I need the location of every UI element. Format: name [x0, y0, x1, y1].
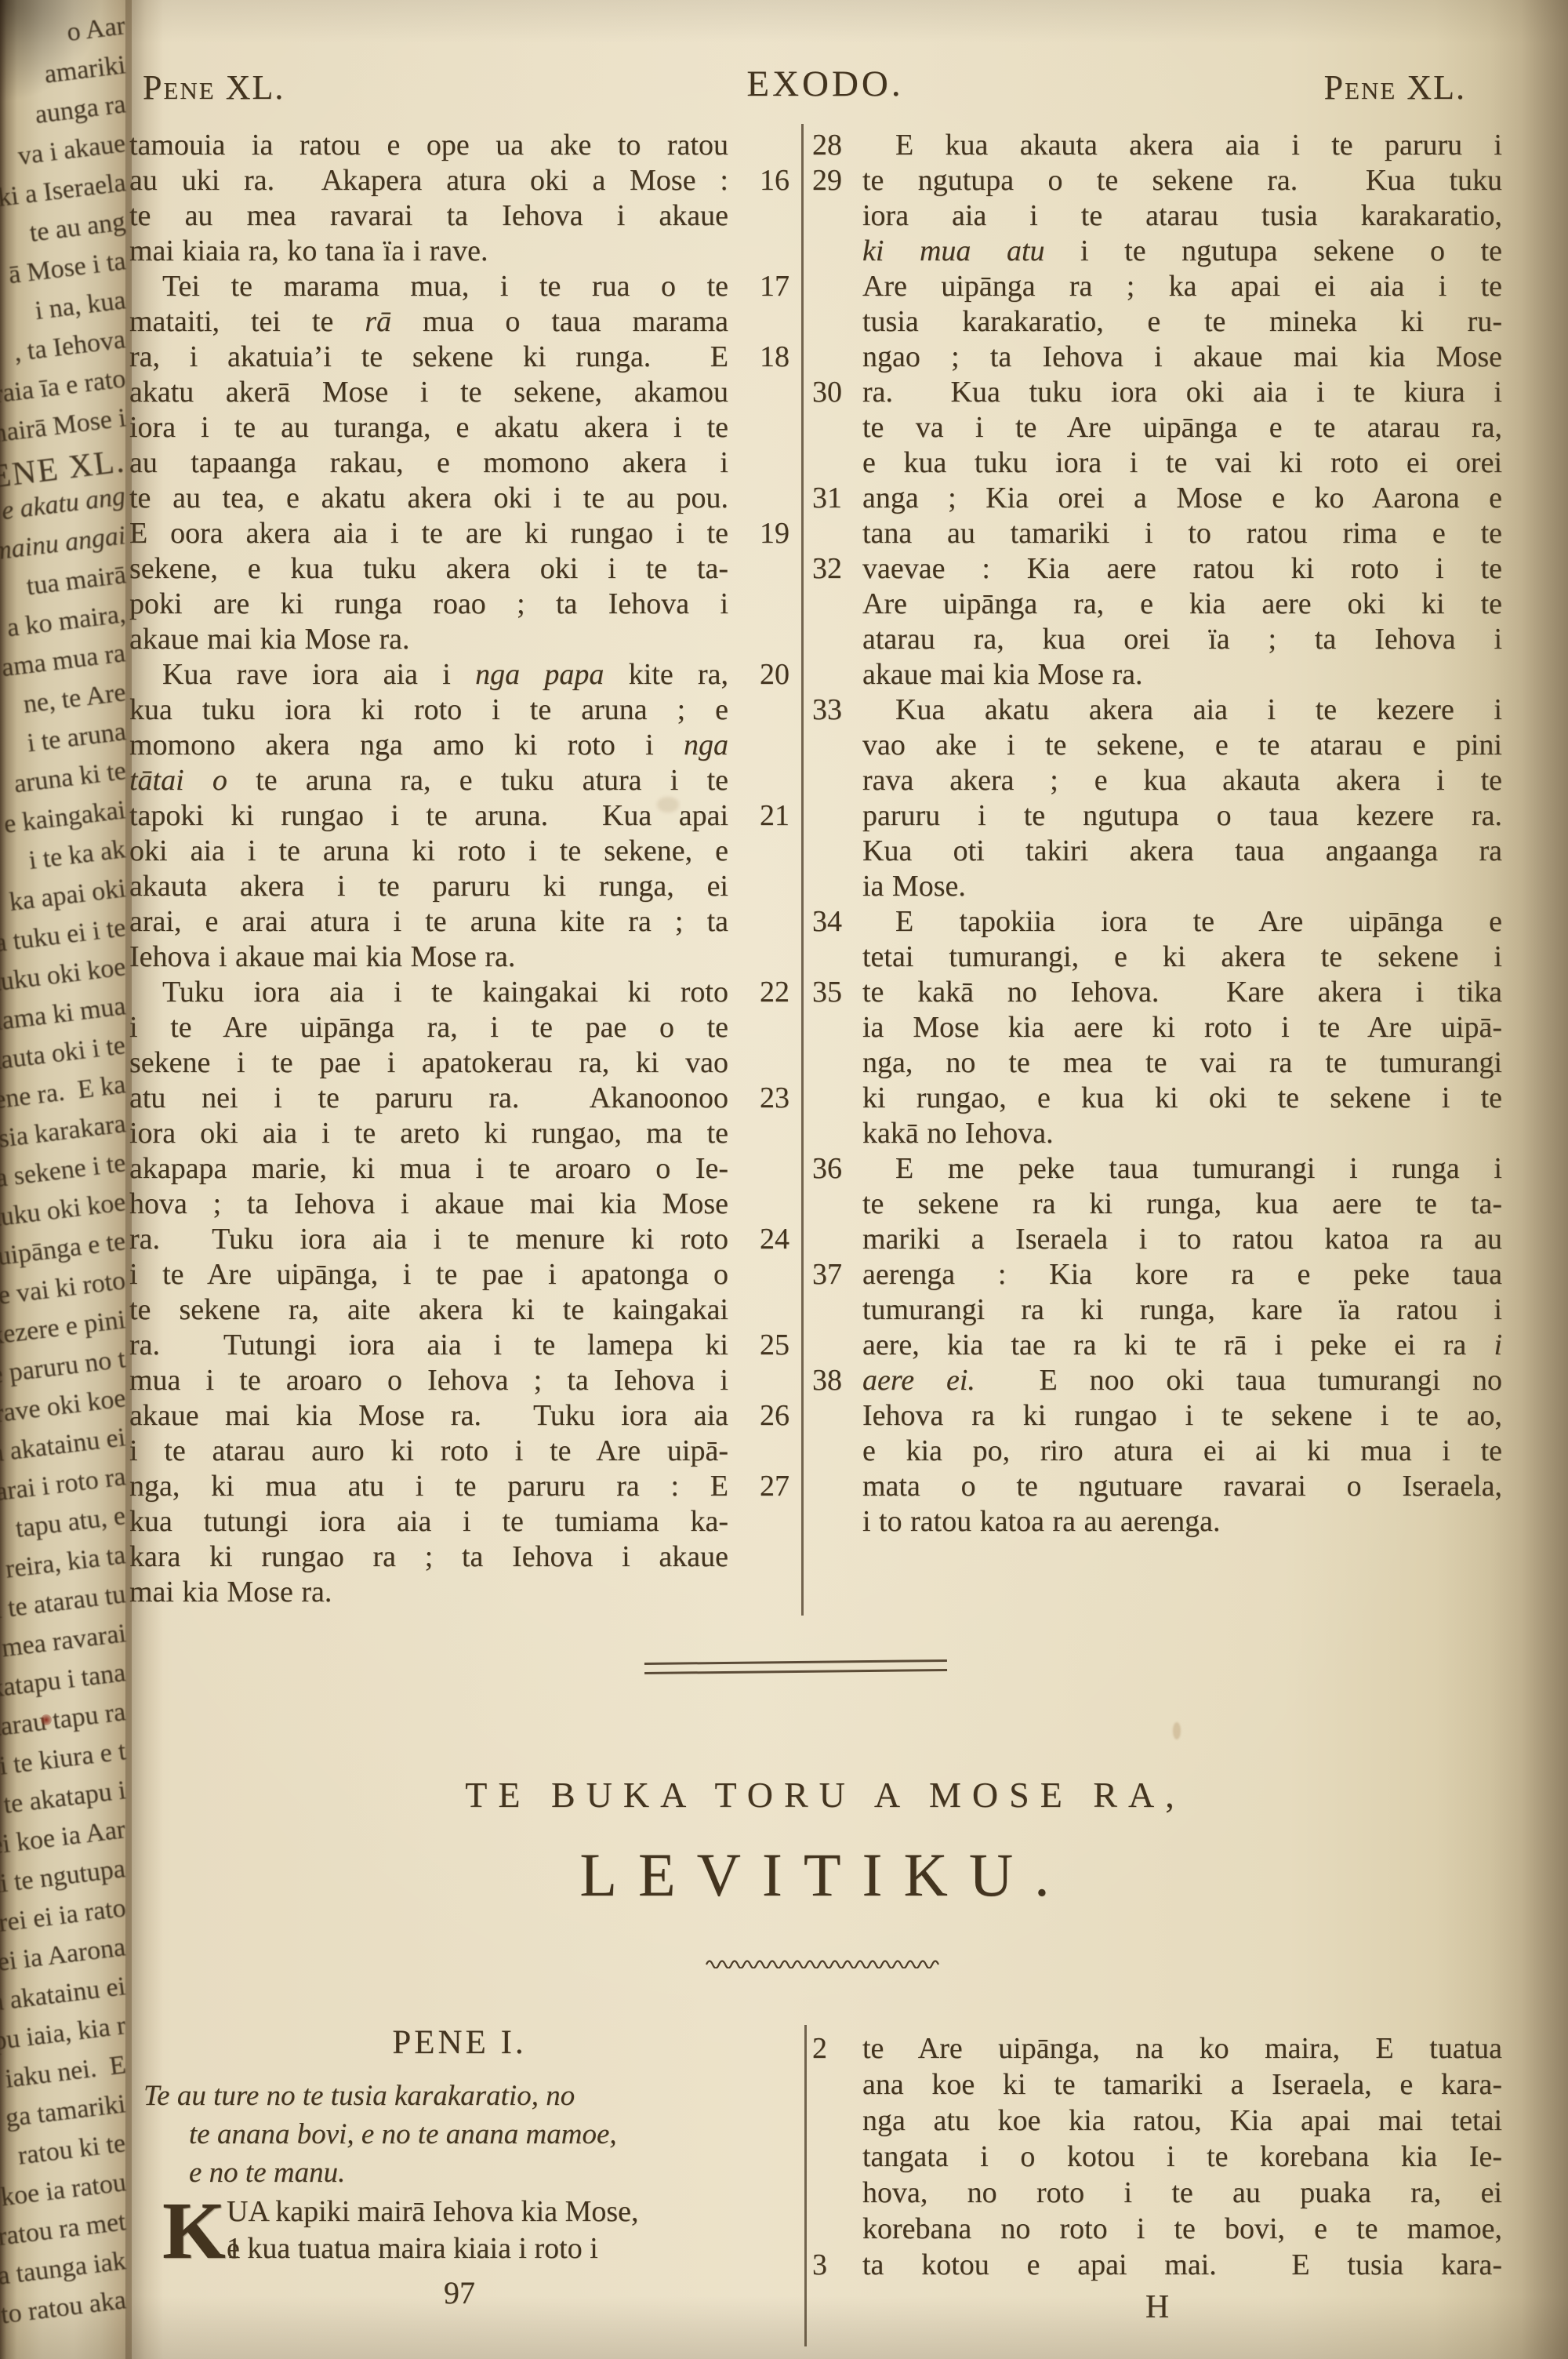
gutter-fragment: ga tamariki	[4, 2089, 127, 2133]
verse-line: ra, i akatuia’i te sekene ki runga. E18	[129, 340, 789, 375]
verse-text: kara ki rungao ra ; ta Iehova i akaue	[129, 1539, 728, 1575]
verse-text: te sekene ra, aite akera ki te kaingakai	[129, 1292, 728, 1328]
gutter-fragment: rave oki koe	[0, 1383, 127, 1429]
verse-text: iora oki aia i te areto ki rungao, ma te	[129, 1116, 728, 1151]
verse-text: tetai tumurangi, e ki akera te sekene i	[862, 940, 1502, 975]
drop-cap: K	[162, 2196, 226, 2266]
verse-text: ia Mose.	[862, 869, 1502, 904]
verse-text: e kua tuku iora i te vai ki roto ei orei	[862, 445, 1502, 481]
gutter-fragment: orei ei ia rato	[0, 1893, 127, 1940]
gutter-fragment: ne, te Are	[21, 678, 127, 720]
verse-text: Kua akatu akera aia i te kezere i	[862, 692, 1502, 728]
gutter-fragment: reira, kia ta	[4, 1540, 127, 1584]
verse-text: hova ; ta Iehova i akaue mai kia Mose	[129, 1187, 728, 1222]
verse-text: korebana no roto i te bovi, e te mamoe,	[862, 2212, 1502, 2248]
gutter-fragment: e kaingakai	[2, 795, 127, 840]
verse-line: kara ki rungao ra ; ta Iehova i akaue	[129, 1539, 789, 1575]
verse-line: Tuku iora aia i te kaingakai ki roto22	[129, 975, 789, 1010]
verse-text: akapapa marie, ki mua i te aroaro o Ie-	[129, 1151, 728, 1187]
gutter-fragment: mainu angai	[0, 521, 127, 567]
verse-text: ia Mose kia aere ki roto i te Are uipā-	[862, 1010, 1502, 1045]
verse-text: mariki a Iseraela i to ratou katoa ra au	[862, 1222, 1502, 1257]
verse-text: te au mea ravarai ta Iehova i akaue	[129, 198, 728, 234]
verse-line: mariki a Iseraela i to ratou katoa ra au	[812, 1222, 1502, 1257]
verse-text: e kua tuatua maira kiaia i roto i	[227, 2231, 728, 2268]
verse-line: sekene, e kua tuku akera oki i te ta-	[129, 551, 789, 587]
verse-text: vaevae : Kia aere ratou ki roto i te	[862, 551, 1502, 587]
verse-line: ta kotou e apai mai. E tusia kara-3	[812, 2248, 1502, 2284]
verse-line: ra. Tutungi iora aia i te lamepa ki25	[129, 1328, 789, 1363]
verse-line: te Are uipānga, na ko maira, E tuatua2	[812, 2031, 1502, 2067]
verse-text: anga ; Kia orei a Mose e ko Aarona e	[862, 481, 1502, 516]
verse-line: tumurangi ra ki runga, kare ïa ratou i	[812, 1292, 1502, 1328]
verse-text: atu nei i te paruru ra. Akanoonoo	[129, 1081, 728, 1116]
verse-number: 23	[731, 1081, 789, 1115]
gutter-fragment: niama ki mua	[0, 991, 127, 1038]
verse-line: i te atarau auro ki roto i te Are uipā-	[129, 1434, 789, 1469]
gutter-fragment: ka apai oki	[8, 874, 128, 918]
verse-line: akatu akerā Mose i te sekene, akamou	[129, 375, 789, 410]
verse-line: paruru i te ngutupa o taua kezere ra.	[812, 798, 1502, 834]
verse-line: iora oki aia i te areto ki rungao, ma te	[129, 1116, 789, 1151]
gutter-fragment: usia karakara	[0, 1109, 127, 1156]
verse-number: 35	[812, 975, 858, 1009]
verse-line: E kua akauta akera aia i te paruru i28	[812, 128, 1502, 163]
verse-line: poki are ki runga roao ; ta Iehova i	[129, 587, 789, 622]
verse-number: 19	[731, 516, 789, 551]
verse-text: nga, ki mua atu i te paruru ra : E	[129, 1469, 728, 1504]
gutter-fragment: raia īa e rato	[0, 364, 127, 409]
verse-line: E oora akera aia i te are ki rungao i te…	[129, 516, 789, 551]
gutter-fragment: kene ra. E ka	[0, 1070, 127, 1117]
verse-number: 22	[731, 975, 789, 1009]
verse-text: ra. Tutungi iora aia i te lamepa ki	[129, 1328, 728, 1363]
verse-line: ia Mose kia aere ki roto i te Are uipā-	[812, 1010, 1502, 1045]
column-divider-rule-bottom	[804, 2025, 807, 2346]
gutter-fragment: i te ka ak	[27, 834, 127, 876]
verse-text: Iehova ra ki rungao i te sekene i te ao,	[862, 1398, 1502, 1434]
gutter-fragment: e paruru no t	[0, 1344, 127, 1390]
exodus-left-column: tamouia ia ratou e ope ua ake to ratouau…	[129, 128, 789, 1610]
gutter-fragment: i te kiura e t	[0, 1736, 127, 1782]
verse-text: te Are uipānga, na ko maira, E tuatua	[862, 2031, 1502, 2067]
verse-text: Iehova i akaue mai kia Mose ra.	[129, 940, 728, 975]
verse-line: mua i te aroaro o Iehova ; ta Iehova i	[129, 1363, 789, 1398]
gutter-fragment: i na, kua	[33, 285, 127, 326]
gutter-fragment: ki te ngutupa	[0, 1854, 127, 1900]
gutter-fragment: aunga ra	[33, 89, 127, 130]
verse-line: i te Are uipānga ra, i te pae o te	[129, 1010, 789, 1045]
verse-number: 16	[731, 163, 789, 198]
verse-text: paruru i te ngutupa o taua kezere ra.	[862, 798, 1502, 834]
verse-line: tapoki ki rungao i te aruna. Kua apai21	[129, 798, 789, 834]
verse-line: kua tuku iora ki roto i te aruna ; e	[129, 692, 789, 728]
verse-line: vaevae : Kia aere ratou ki roto i te32	[812, 551, 1502, 587]
verse-text: kakā no Iehova.	[862, 1116, 1502, 1151]
verse-text: akauta akera i te paruru ki runga, ei	[129, 869, 728, 904]
verse-number: 2	[812, 2031, 858, 2066]
verse-text: mua i te aroaro o Iehova ; ta Iehova i	[129, 1363, 728, 1398]
verse-text: ki rungao, e kua ki oki te sekene i te	[862, 1081, 1502, 1116]
verse-text: ngao ; ta Iehova i akaue mai kia Mose	[862, 340, 1502, 375]
gutter-fragment: tua mairā	[24, 560, 127, 602]
leviticus-right-column: te Are uipānga, na ko maira, E tuatua2an…	[812, 2031, 1502, 2284]
gutter-fragment: ratou ra met	[0, 2207, 127, 2252]
verse-text: te va i te Are uipānga e te atarau ra,	[862, 410, 1502, 445]
verse-one-lines: UA kapiki mairā Iehova kia Mose,1e kua t…	[129, 2194, 789, 2268]
gutter-fragment: , ta Iehova	[13, 325, 127, 368]
verse-text: ta kotou e apai mai. E tusia kara-	[862, 2248, 1502, 2284]
verse-text: au tapaanga rakau, e momono akera i	[129, 445, 728, 481]
running-header-right: Pene XL.	[1324, 67, 1466, 107]
gutter-fragment: amariki	[43, 50, 128, 89]
verse-text: Are uipānga ra, e kia aere oki ki te	[862, 587, 1502, 622]
verse-text: tumurangi ra ki runga, kare ïa ratou i	[862, 1292, 1502, 1328]
verse-text: rava akera ; e kua akauta akera i te	[862, 763, 1502, 798]
verse-line: au tapaanga rakau, e momono akera i	[129, 445, 789, 481]
verse-line: Are uipānga ra, e kia aere oki ki te	[812, 587, 1502, 622]
verse-line: tana au tamariki i to ratou rima e te	[812, 516, 1502, 551]
gutter-page-edge: o Aaramarikiaunga rava i akaueki a Isera…	[0, 0, 132, 2359]
verse-line: aere, kia tae ra ki te rā i peke ei ra i	[812, 1328, 1502, 1363]
gutter-fragment: o Aar	[66, 11, 128, 48]
verse-line: momono akera nga amo ki roto i nga	[129, 728, 789, 763]
verse-text: nga, no te mea te vai ra te tumurangi	[862, 1045, 1502, 1081]
verse-line: e kua tuatua maira kiaia i roto i	[129, 2231, 789, 2268]
verse-line: sekene i te pae i apatokerau ra, ki vao	[129, 1045, 789, 1081]
verse-line: Tei te marama mua, i te rua o te17	[129, 269, 789, 304]
verse-text: Tuku iora aia i te kaingakai ki roto	[129, 975, 728, 1010]
verse-number: 26	[731, 1398, 789, 1433]
verse-line: E tapokiia iora te Are uipānga e34	[812, 904, 1502, 940]
chapter-summary-line: e no te manu.	[143, 2154, 771, 2192]
verse-line: arai, e arai atura i te aruna kite ra ; …	[129, 904, 789, 940]
signature-mark: H	[812, 2288, 1502, 2326]
verse-number: 20	[731, 657, 789, 692]
verse-text: ra. Kua tuku iora oki aia i te kiura i	[862, 375, 1502, 410]
gutter-fragment: kezere e pini	[0, 1305, 127, 1351]
verse-text: vao ake i te sekene, e te atarau e pini	[862, 728, 1502, 763]
verse-text: te ngutupa o te sekene ra. Kua tuku	[862, 163, 1502, 198]
verse-line: i te Are uipānga, i te pae i apatonga o	[129, 1257, 789, 1292]
verse-line: i to ratou katoa ra au aerenga.	[812, 1504, 1502, 1539]
verse-number: 17	[731, 269, 789, 304]
gutter-fragment: ama mua ra	[0, 638, 127, 683]
verse-text: ana koe ki te tamariki a Iseraela, e kar…	[862, 2067, 1502, 2103]
gutter-fragment: tuku oki koe	[0, 952, 127, 998]
gutter-fragment: a ko maira,	[5, 599, 127, 643]
verse-line: nga, no te mea te vai ra te tumurangi	[812, 1045, 1502, 1081]
verse-line: tetai tumurangi, e ki akera te sekene i	[812, 940, 1502, 975]
page-header-title: EXODO.	[129, 63, 1521, 105]
gutter-fragment: tapu atu, e	[14, 1501, 127, 1544]
verse-text: Kua rave iora aia i nga papa kite ra,	[129, 657, 728, 692]
gutter-fragment: ratou ki te	[16, 2128, 127, 2172]
verse-line: ngao ; ta Iehova i akaue mai kia Mose	[812, 340, 1502, 375]
verse-number: 31	[812, 481, 858, 515]
verse-line: Kua rave iora aia i nga papa kite ra,20	[129, 657, 789, 692]
verse-text: akaue mai kia Mose ra.	[129, 622, 728, 657]
verse-number: 38	[812, 1363, 858, 1398]
gutter-fragment: mea ravarai	[0, 1619, 127, 1663]
verse-line: akaue mai kia Mose ra.	[129, 622, 789, 657]
verse-line: Iehova i akaue mai kia Mose ra.	[129, 940, 789, 975]
verse-text: aerenga : Kia kore ra e peke taua	[862, 1257, 1502, 1292]
verse-line: tātai o te aruna ra, e tuku atura i te	[129, 763, 789, 798]
verse-text: te sekene ra ki runga, kua aere te ta-	[862, 1187, 1502, 1222]
verse-line: te kakā no Iehova. Kare akera i tika35	[812, 975, 1502, 1010]
verse-text: kua tutungi iora aia i te tumiama ka-	[129, 1504, 728, 1539]
verse-line: te ngutupa o te sekene ra. Kua tuku29	[812, 163, 1502, 198]
verse-line: rava akera ; e kua akauta akera i te	[812, 763, 1502, 798]
verse-line: UA kapiki mairā Iehova kia Mose,1	[129, 2194, 789, 2231]
ink-stain	[41, 1714, 52, 1725]
verse-line: Kua akatu akera aia i te kezere i33	[812, 692, 1502, 728]
page-number: 97	[129, 2274, 789, 2311]
verse-line: ra. Kua tuku iora oki aia i te kiura i30	[812, 375, 1502, 410]
gutter-fragment: tarau tapu ra	[0, 1697, 127, 1743]
verse-number: 37	[812, 1257, 858, 1292]
verse-line: te va i te Are uipānga e te atarau ra,	[812, 410, 1502, 445]
foxing-spot	[1173, 1722, 1181, 1739]
gutter-fragment: varai i roto ra	[0, 1462, 127, 1509]
verse-line: hova, no roto i te au puaka ra, ei	[812, 2175, 1502, 2212]
gutter-fragment: aruna ki te	[12, 756, 127, 799]
verse-text: mataiti, tei te rā mua o taua marama	[129, 304, 728, 340]
verse-text: E me peke taua tumurangi i runga i	[862, 1151, 1502, 1187]
verse-line: kakā no Iehova.	[812, 1116, 1502, 1151]
verse-line: ana koe ki te tamariki a Iseraela, e kar…	[812, 2067, 1502, 2103]
verse-line: atarau ra, kua orei ïa ; ta Iehova i	[812, 622, 1502, 657]
verse-number: 28	[812, 128, 858, 162]
verse-text: tangata i o kotou i te korebana kia Ie-	[862, 2139, 1502, 2175]
verse-number: 27	[731, 1469, 789, 1503]
verse-line: nga, ki mua atu i te paruru ra : E27	[129, 1469, 789, 1504]
verse-text: aere, kia tae ra ki te rā i peke ei ra i	[862, 1328, 1502, 1363]
gutter-fragment: to ratou aka	[0, 2285, 127, 2330]
verse-text: aere ei. E noo oki taua tumurangi no	[862, 1363, 1502, 1398]
verse-line: iora i te au turanga, e akatu akera i te	[129, 410, 789, 445]
gutter-fragment: ki a Iseraela	[0, 168, 127, 213]
verse-line: te au tea, e akatu akera oki i te au pou…	[129, 481, 789, 516]
verse-line: hova ; ta Iehova i akaue mai kia Mose	[129, 1187, 789, 1222]
verse-text: i te Are uipānga, i te pae i apatonga o	[129, 1257, 728, 1292]
verse-text: iora i te au turanga, e akatu akera i te	[129, 410, 728, 445]
verse-line: mata o te ngutuare ravarai o Iseraela,	[812, 1469, 1502, 1504]
verse-text: E oora akera aia i te are ki rungao i te	[129, 516, 728, 551]
verse-line: tangata i o kotou i te korebana kia Ie-	[812, 2139, 1502, 2175]
verse-number: 33	[812, 692, 858, 727]
verse-line: iora aia i te atarau tusia karakaratio,	[812, 198, 1502, 234]
verse-line: tamouia ia ratou e ope ua ake to ratou	[129, 128, 789, 163]
verse-text: E tapokiia iora te Are uipānga e	[862, 904, 1502, 940]
verse-text: mata o te ngutuare ravarai o Iseraela,	[862, 1469, 1502, 1504]
verse-number: 34	[812, 904, 858, 939]
verse-line: oki aia i te aruna ki roto i te sekene, …	[129, 834, 789, 869]
gutter-fragment: te vai ki roto	[0, 1266, 127, 1312]
verse-line: Kua oti takiri akera taua angaanga ra	[812, 834, 1502, 869]
verse-line: akapapa marie, ki mua i te aroaro o Ie-	[129, 1151, 789, 1187]
verse-number: 18	[731, 340, 789, 374]
verse-line: aerenga : Kia kore ra e peke taua37	[812, 1257, 1502, 1292]
verse-text: sekene, e kua tuku akera oki i te ta-	[129, 551, 728, 587]
leviticus-left-column: K UA kapiki mairā Iehova kia Mose,1e kua…	[129, 2194, 789, 2268]
verse-text: Are uipānga ra ; ka apai ei aia i te	[862, 269, 1502, 304]
verse-text: Kua oti takiri akera taua angaanga ra	[862, 834, 1502, 869]
verse-line: ki mua atu i te ngutupa sekene o te	[812, 234, 1502, 269]
gutter-fragment: koe ia ratou	[0, 2168, 127, 2212]
verse-line: aere ei. E noo oki taua tumurangi no38	[812, 1363, 1502, 1398]
verse-line: mai kiaia ra, ko tana ïa i rave.	[129, 234, 789, 269]
gutter-fragment: ei koe ia Aar	[0, 1815, 127, 1861]
verse-text: te kakā no Iehova. Kare akera i tika	[862, 975, 1502, 1010]
verse-line: au uki ra. Akapera atura oki a Mose :16	[129, 163, 789, 198]
chapter-summary-line: Te au ture no te tusia karakaratio, no	[143, 2077, 771, 2115]
verse-text: e kia po, riro atura ei ai ki mua i te	[862, 1434, 1502, 1469]
verse-text: Tei te marama mua, i te rua o te	[129, 269, 728, 304]
gutter-fragment: ka tuku ei i te	[0, 913, 127, 960]
verse-number: 3	[812, 2248, 858, 2282]
verse-line: korebana no roto i te bovi, e te mamoe,	[812, 2212, 1502, 2248]
verse-text: iora aia i te atarau tusia karakaratio,	[862, 198, 1502, 234]
column-divider-rule-top	[801, 124, 804, 1616]
verse-text: ra, i akatuia’i te sekene ki runga. E	[129, 340, 728, 375]
gutter-fragment: ā Mose i ta	[7, 246, 128, 290]
verse-line: akaue mai kia Mose ra.	[812, 657, 1502, 692]
verse-line: akauta akera i te paruru ki runga, ei	[129, 869, 789, 904]
verse-text: te au tea, e akatu akera oki i te au pou…	[129, 481, 728, 516]
gutter-fragment: kauta oki i te	[0, 1030, 127, 1077]
verse-line: ia Mose.	[812, 869, 1502, 904]
gutter-fragment: te au ang	[28, 207, 127, 249]
verse-text: i to ratou katoa ra au aerenga.	[862, 1504, 1502, 1539]
verse-line: e kua tuku iora i te vai ki roto ei orei	[812, 445, 1502, 481]
verse-text: i te Are uipānga ra, i te pae o te	[129, 1010, 728, 1045]
verse-line: te sekene ra ki runga, kua aere te ta-	[812, 1187, 1502, 1222]
section-divider-double-rule	[644, 1659, 947, 1674]
verse-text: oki aia i te aruna ki roto i te sekene, …	[129, 834, 728, 869]
verse-number: 29	[812, 163, 858, 198]
verse-text: akatu akerā Mose i te sekene, akamou	[129, 375, 728, 410]
verse-number: 32	[812, 551, 858, 586]
foxing-spot	[657, 797, 679, 812]
verse-text: poki are ki runga roao ; ta Iehova i	[129, 587, 728, 622]
verse-number: 25	[731, 1328, 789, 1362]
verse-line: ki rungao, e kua ki oki te sekene i te	[812, 1081, 1502, 1116]
verse-line: anga ; Kia orei a Mose e ko Aarona e31	[812, 481, 1502, 516]
book-page-scan: o Aaramarikiaunga rava i akaueki a Isera…	[0, 0, 1568, 2359]
verse-number: 36	[812, 1151, 858, 1186]
verse-text: ra. Tuku iora aia i te menure ki roto	[129, 1222, 728, 1257]
book-kicker: TE BUKA TORU A MOSE RA,	[129, 1774, 1521, 1816]
verse-text: tātai o te aruna ra, e tuku atura i te	[129, 763, 728, 798]
verse-line: ra. Tuku iora aia i te menure ki roto24	[129, 1222, 789, 1257]
verse-line: atu nei i te paruru ra. Akanoonoo23	[129, 1081, 789, 1116]
chapter-summary: Te au ture no te tusia karakaratio, note…	[143, 2077, 771, 2192]
book-title: LEVITIKU.	[129, 1840, 1521, 1910]
verse-text: atarau ra, kua orei ïa ; ta Iehova i	[862, 622, 1502, 657]
gutter-fragment: i te aruna	[25, 717, 127, 758]
verse-text: kua tuku iora ki roto i te aruna ; e	[129, 692, 728, 728]
verse-line: te au mea ravarai ta Iehova i akaue	[129, 198, 789, 234]
verse-text: hova, no roto i te au puaka ra, ei	[862, 2175, 1502, 2212]
chapter-summary-line: te anana bovi, e no te anana mamoe,	[143, 2115, 771, 2154]
verse-line: te sekene ra, aite akera ki te kaingakai	[129, 1292, 789, 1328]
verse-number: 21	[731, 798, 789, 833]
gutter-fragment: mairā Mose i	[0, 403, 127, 450]
exodus-right-column: E kua akauta akera aia i te paruru i28te…	[812, 128, 1502, 1539]
verse-line: akaue mai kia Mose ra. Tuku iora aia26	[129, 1398, 789, 1434]
verse-text: UA kapiki mairā Iehova kia Mose,	[227, 2194, 728, 2231]
verse-text: mai kiaia ra, ko tana ïa i rave.	[129, 234, 728, 269]
verse-text: tana au tamariki i to ratou rima e te	[862, 516, 1502, 551]
verse-line: e kia po, riro atura ei ai ki mua i te	[812, 1434, 1502, 1469]
verse-text: nga atu koe kia ratou, Kia apai mai teta…	[862, 2103, 1502, 2139]
verse-line: Are uipānga ra ; ka apai ei aia i te	[812, 269, 1502, 304]
verse-text: sekene i te pae i apatokerau ra, ki vao	[129, 1045, 728, 1081]
verse-text: mai kia Mose ra.	[129, 1575, 728, 1610]
gutter-fragment: tuku oki koe	[0, 1187, 127, 1233]
verse-line: kua tutungi iora aia i te tumiama ka-	[129, 1504, 789, 1539]
chapter-heading: PENE I.	[129, 2023, 789, 2062]
verse-line: E me peke taua tumurangi i runga i36	[812, 1151, 1502, 1187]
verse-line: mataiti, tei te rā mua o taua marama	[129, 304, 789, 340]
verse-text: E kua akauta akera aia i te paruru i	[862, 128, 1502, 163]
verse-text: au uki ra. Akapera atura oki a Mose :	[129, 163, 728, 198]
verse-text: arai, e arai atura i te aruna kite ra ; …	[129, 904, 728, 940]
wavy-rule-icon	[704, 1956, 947, 1968]
verse-text: i te atarau auro ki roto i te Are uipā-	[129, 1434, 728, 1469]
verse-line: nga atu koe kia ratou, Kia apai mai teta…	[812, 2103, 1502, 2139]
verse-line: vao ake i te sekene, e te atarau e pini	[812, 728, 1502, 763]
gutter-fragment: apu iaia, kia r	[0, 2011, 127, 2058]
verse-text: ki mua atu i te ngutupa sekene o te	[862, 234, 1502, 269]
gutter-fragment: i te atarau tu	[0, 1579, 127, 1625]
verse-text: akaue mai kia Mose ra. Tuku iora aia	[129, 1398, 728, 1434]
title-flourish	[129, 1956, 1521, 1972]
verse-text: momono akera nga amo ki roto i nga	[129, 728, 728, 763]
verse-text: akaue mai kia Mose ra.	[862, 657, 1502, 692]
gutter-fragment: pa sekene i te	[0, 1148, 127, 1195]
verse-line: mai kia Mose ra.	[129, 1575, 789, 1610]
verse-text: tusia karakaratio, e te mineka ki ru-	[862, 304, 1502, 340]
verse-number: 24	[731, 1222, 789, 1256]
verse-text: tamouia ia ratou e ope ua ake to ratou	[129, 128, 728, 163]
verse-line: Iehova ra ki rungao i te sekene i te ao,	[812, 1398, 1502, 1434]
gutter-fragment: va i akaue	[16, 129, 127, 172]
verse-number: 30	[812, 375, 858, 409]
verse-line: tusia karakaratio, e te mineka ki ru-	[812, 304, 1502, 340]
verse-text: tapoki ki rungao i te aruna. Kua apai	[129, 798, 728, 834]
